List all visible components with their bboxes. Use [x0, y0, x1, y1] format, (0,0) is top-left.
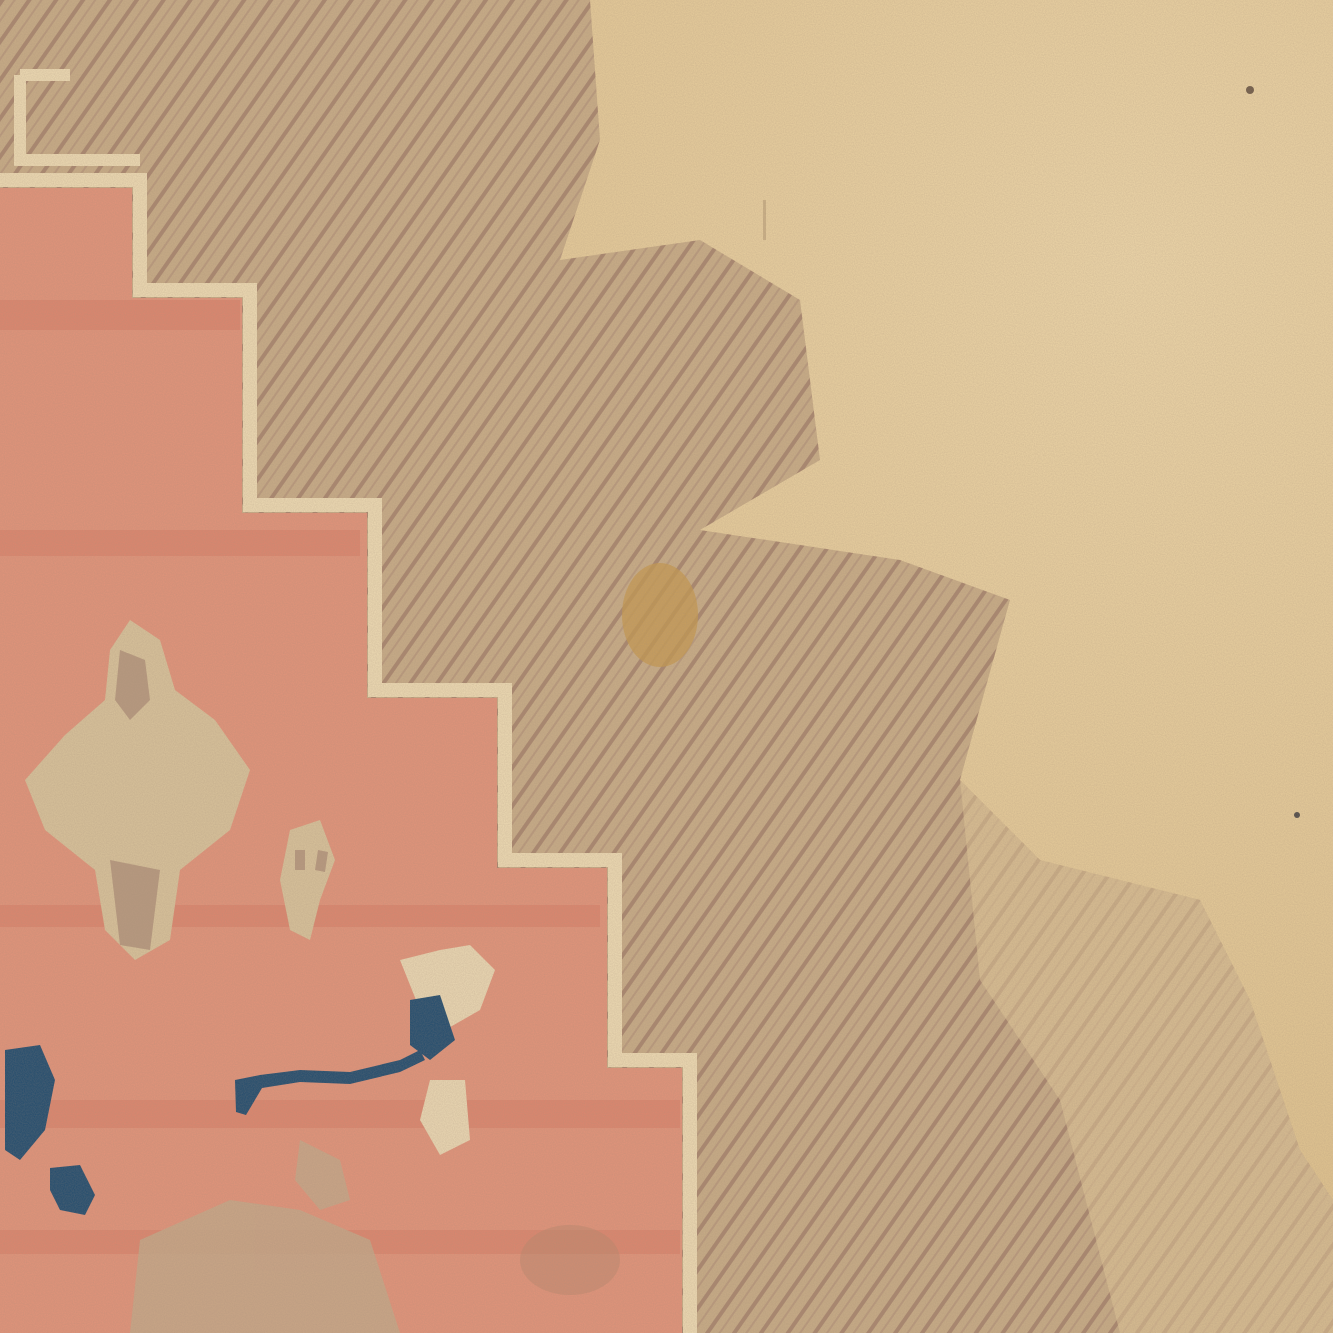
rug-photo — [0, 0, 1333, 1333]
pile-grain — [0, 0, 1333, 1333]
rug-texture — [0, 0, 1333, 1333]
